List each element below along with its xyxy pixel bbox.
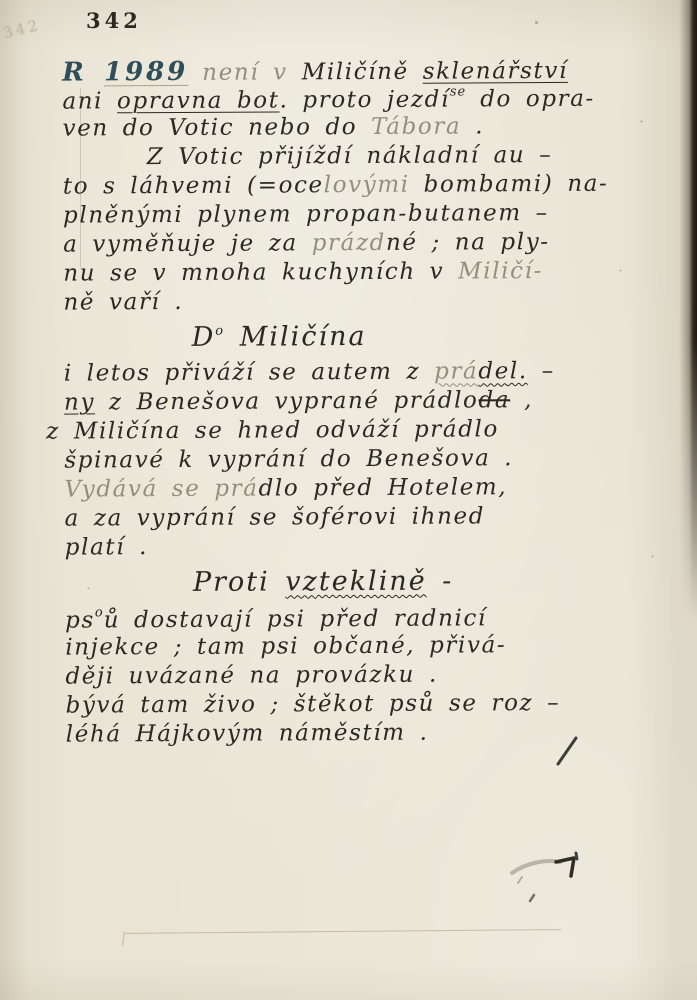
handwriting-segment: ů dostavají psi před radnicí — [104, 605, 487, 633]
page-right-edge-shadow — [679, 0, 697, 620]
handwritten-line: ven do Votic nebo do Tábora . — [62, 112, 662, 144]
handwriting-segment: z — [46, 419, 74, 445]
handwritten-line: ani opravna bot. proto jezdíse do opra- — [62, 83, 662, 115]
handwriting-segment: da — [478, 387, 510, 413]
handwritten-line: bývá tam živo ; štěkot psů se roz – — [66, 689, 666, 721]
handwriting-segment: D — [192, 322, 216, 353]
handwritten-line: to s láhvemi (=ocelovými bombami) na- — [63, 170, 663, 202]
ink-squiggle-mark — [498, 845, 598, 905]
handwriting-segment: Vydává se prá — [64, 476, 258, 503]
handwriting-segment: ps — [65, 607, 95, 633]
handwritten-line: Z Votic přijíždí nákladní au – — [147, 141, 663, 173]
section-heading-proti-vztekline: Proti vzteklině - — [193, 560, 665, 604]
handwriting-segment: není v — [202, 59, 302, 86]
horizontal-crease-tick — [122, 931, 125, 946]
handwriting-segment: špinavé k vyprání do Benešova . — [64, 445, 513, 473]
handwriting-segment: né ; na ply- — [386, 229, 550, 256]
handwriting-segment: Tábora — [371, 113, 461, 139]
handwriting-segment: Proti — [193, 566, 286, 597]
handwriting-segment: se — [450, 84, 466, 99]
handwriting-segment: opravna bot — [117, 87, 280, 114]
handwriting-segment: – — [528, 358, 555, 384]
handwriting-segment: dlo před Hotelem, — [258, 474, 507, 501]
handwriting-segment: R — [62, 57, 104, 87]
handwriting-segment: nu se v mnoha kuchyních v — [63, 259, 458, 287]
handwriting-segment: to s láhvemi (=oce — [63, 172, 324, 199]
paper-specks — [0, 0, 1, 1]
scanned-manuscript-page: { "page": { "number": "342", "faint_corn… — [0, 0, 697, 1000]
handwriting-segment: ně vaří . — [63, 289, 183, 316]
handwriting-segment: 1989 — [104, 57, 189, 87]
handwriting-segment: - — [427, 566, 454, 597]
handwriting-segment: Miličína — [224, 321, 367, 353]
horizontal-crease — [125, 929, 561, 934]
handwriting-segment: bývá tam živo ; štěkot psů se roz – — [66, 690, 561, 719]
handwriting-segment: Miličína se hned odváží prádlo — [74, 416, 499, 444]
handwritten-line-year: R 1989 není v Miličíně sklenářství — [62, 54, 662, 86]
handwritten-line: Vydává se prádlo před Hotelem, — [64, 473, 664, 505]
handwriting-segment: , — [510, 387, 533, 413]
handwritten-line: a vyměňuje je za prázdné ; na ply- — [63, 228, 663, 260]
handwriting-segment: ani — [62, 88, 117, 114]
handwriting-segment: bombami) na- — [410, 171, 609, 198]
handwriting-segment: a vyměňuje je za — [63, 230, 312, 257]
faint-offset-page-number: 342 — [1, 16, 42, 43]
handwritten-line: ně vaří . — [63, 286, 663, 318]
handwritten-line: platí . — [65, 531, 665, 563]
handwriting-segment: . proto jezdí — [279, 87, 449, 114]
handwritten-text-block: R 1989 není v Miličíně sklenářství ani o… — [62, 54, 666, 750]
handwriting-segment: lovými — [324, 172, 410, 198]
handwritten-line: plněnými plynem propan-butanem – — [63, 199, 663, 231]
handwritten-line: a za vyprání se šoférovi ihned — [65, 502, 665, 534]
handwriting-segment: prá — [434, 358, 478, 384]
handwriting-segment: o — [95, 605, 104, 620]
handwriting-segment: plněnými plynem propan-butanem – — [63, 200, 549, 229]
handwritten-line: i letos přiváží se autem z prádel. – — [64, 357, 664, 389]
handwriting-segment: prázd — [312, 230, 386, 256]
handwriting-segment: . — [461, 113, 484, 139]
handwritten-line: injekce ; tam psi občané, přivá- — [65, 631, 665, 663]
handwritten-line: ny z Benešova vyprané prádloda , — [64, 386, 664, 418]
handwriting-segment: vzteklině — [285, 566, 426, 598]
handwriting-segment: del. — [478, 358, 528, 384]
handwriting-segment: a za vyprání se šoférovi ihned — [65, 503, 486, 531]
handwriting-segment: i letos přiváží se autem z — [64, 359, 434, 387]
handwriting-segment: Miličí- — [458, 258, 543, 284]
handwritten-line: ději uvázané na provázku . — [65, 660, 665, 692]
handwriting-segment: ději uvázané na provázku . — [65, 662, 438, 690]
handwritten-line: nu se v mnoha kuchyních v Miličí- — [63, 257, 663, 289]
handwriting-segment: z Benešova vyprané prádlo — [95, 387, 479, 415]
handwriting-segment — [188, 60, 202, 86]
ink-stroke-mark — [550, 732, 590, 772]
handwritten-line: špinavé k vyprání do Benešova . — [64, 444, 664, 476]
section-heading-do-milicina: Do Miličína — [192, 315, 664, 359]
handwriting-segment: do opra- — [466, 86, 595, 113]
handwritten-line: psoů dostavají psi před radnicí — [65, 602, 665, 634]
handwriting-segment: léhá Hájkovým náměstím . — [66, 720, 429, 748]
handwriting-segment: injekce ; tam psi občané, přivá- — [65, 632, 506, 660]
page-number: 342 — [86, 8, 142, 33]
handwriting-segment: Z Votic přijíždí nákladní au – — [147, 142, 553, 170]
handwriting-segment: platí . — [65, 534, 148, 560]
handwritten-line-margin-z: z Miličína se hned odváží prádlo — [46, 415, 664, 447]
handwriting-segment: ny — [64, 389, 95, 415]
handwriting-segment: ven do Votic nebo do — [62, 114, 371, 142]
handwriting-segment: Miličíně — [302, 59, 423, 86]
handwriting-segment: sklenářství — [423, 58, 568, 85]
